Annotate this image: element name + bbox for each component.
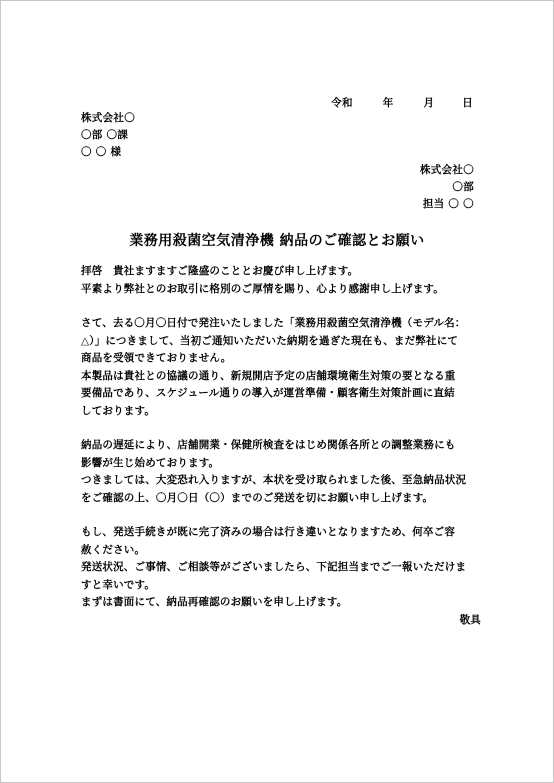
paragraph-line: 商品を受領できておりません。 (81, 350, 481, 368)
paragraph-line: をご確認の上、〇月〇日（〇）までのご発送を切にお願い申し上げます。 (81, 490, 481, 508)
closing-keigu: 敬具 (81, 612, 481, 630)
paragraph-line: △）」につきまして、当初ご通知いただいた納期を過ぎた現在も、まだ弊社にて (81, 333, 481, 351)
paragraph-line: もし、発送手続きが既に完了済みの場合は行き違いとなりますため、何卒ご容 (81, 524, 481, 542)
letter-body: 拝啓 貴社ますますご隆盛のこととお慶び申し上げます。 平素より弊社とのお取引に格… (81, 263, 481, 629)
paragraph-line: つきましては、大変恐れ入りますが、本状を受け取られました後、至急納品状況 (81, 472, 481, 490)
date-era: 令和 (331, 96, 353, 110)
recipient-name: 〇 〇 様 (81, 145, 121, 159)
letter-title: 業務用殺菌空気清浄機 納品のご確認とお願い (1, 230, 553, 250)
date-month-label: 月 (423, 96, 434, 110)
date-year-label: 年 (383, 96, 394, 110)
greeting-line: 平素より弊社とのお取引に格別のご厚情を賜り、心より感謝申し上げます。 (81, 281, 481, 299)
paragraph-line: 発送状況、ご事情、ご相談等がございましたら、下記担当までご一報いただけま (81, 559, 481, 577)
sender-company: 株式会社〇 (420, 163, 474, 177)
paragraph-line: 影響が生じ始めております。 (81, 455, 481, 473)
paragraph-line: さて、去る〇月〇日付で発注いたしました「業務用殺菌空気清浄機（モデル名： (81, 315, 481, 333)
paragraph-line: 赦ください。 (81, 542, 481, 560)
paragraph-line: 要備品であり、スケジュール通りの導入が運営準備・顧客衛生対策計画に直結 (81, 385, 481, 403)
paragraph-line: 本製品は貴社との協議の通り、新規開店予定の店舗環境衛生対策の要となる重 (81, 368, 481, 386)
paragraph-line: しております。 (81, 403, 481, 421)
sender-person: 担当 〇 〇 (423, 197, 474, 211)
paragraph-line: 納品の遅延により、店舗開業・保健所検査をはじめ関係各所との調整業務にも (81, 437, 481, 455)
recipient-department: 〇部 〇課 (81, 128, 128, 142)
paragraph-line: すと幸いです。 (81, 577, 481, 595)
date-day-label: 日 (462, 96, 473, 110)
letter-page: 令和 年 月 日 株式会社〇 〇部 〇課 〇 〇 様 株式会社〇 〇部 担当 〇… (0, 0, 554, 783)
recipient-company: 株式会社〇 (81, 111, 135, 125)
paragraph-line: まずは書面にて、納品再確認のお願いを申し上げます。 (81, 594, 481, 612)
date-line: 令和 年 月 日 (331, 96, 473, 110)
sender-department: 〇部 (452, 180, 474, 194)
greeting-line: 拝啓 貴社ますますご隆盛のこととお慶び申し上げます。 (81, 263, 481, 281)
